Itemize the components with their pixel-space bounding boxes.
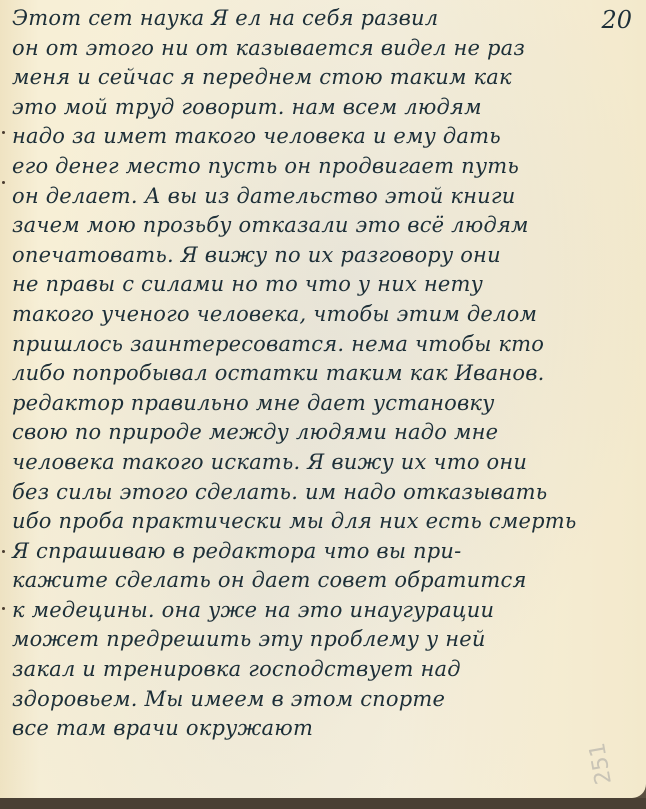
text-line: не правы с силами но то что у них нету — [12, 270, 612, 300]
margin-mark — [2, 181, 5, 184]
text-line: это мой труд говорит. нам всем людям — [12, 93, 612, 123]
text-line: меня и сейчас я переднем стою таким как — [12, 63, 612, 93]
text-line: к медецины. она уже на это инаугурации — [12, 596, 612, 626]
text-line: здоровьем. Мы имеем в этом спорте — [12, 685, 612, 715]
margin-mark — [2, 131, 5, 134]
text-line: Этот сет наука Я ел на себя развил — [12, 4, 612, 34]
text-line: опечатовать. Я вижу по их разговору они — [12, 241, 612, 271]
notebook-page: 20 Этот сет наука Я ел на себя развил он… — [0, 0, 646, 798]
text-line: свою по природе между людями надо мне — [12, 418, 612, 448]
text-line: такого ученого человека, чтобы этим дело… — [12, 300, 612, 330]
text-line: редактор правильно мне дает установку — [12, 389, 612, 419]
bleed-through-number: 251 — [585, 741, 617, 787]
text-line: Я спрашиваю в редактора что вы при- — [12, 537, 612, 567]
text-line: его денег место пусть он продвигает путь — [12, 152, 612, 182]
text-line: все там врачи окружают — [12, 714, 612, 744]
text-line: закал и тренировка господствует над — [12, 655, 612, 685]
text-line: либо попробывал остатки таким как Иванов… — [12, 359, 612, 389]
text-line: он от этого ни от казывается видел не ра… — [12, 34, 612, 64]
text-line: человека такого искать. Я вижу их что он… — [12, 448, 612, 478]
text-line: без силы этого сделать. им надо отказыва… — [12, 478, 612, 508]
text-line: пришлось заинтересоватся. нема чтобы кто — [12, 330, 612, 360]
handwritten-text: Этот сет наука Я ел на себя развил он от… — [12, 4, 612, 744]
margin-mark — [2, 550, 5, 553]
text-line: кажите сделать он дает совет обратится — [12, 566, 612, 596]
text-line: может предрешить эту проблему у ней — [12, 625, 612, 655]
page-bottom-edge — [0, 798, 646, 809]
text-line: надо за имет такого человека и ему дать — [12, 122, 612, 152]
text-line: он делает. А вы из дательство этой книги — [12, 182, 612, 212]
text-line: ибо проба практически мы для них есть см… — [12, 507, 612, 537]
text-line: зачем мою прозьбу отказали это всё людям — [12, 211, 612, 241]
margin-mark — [2, 607, 5, 610]
